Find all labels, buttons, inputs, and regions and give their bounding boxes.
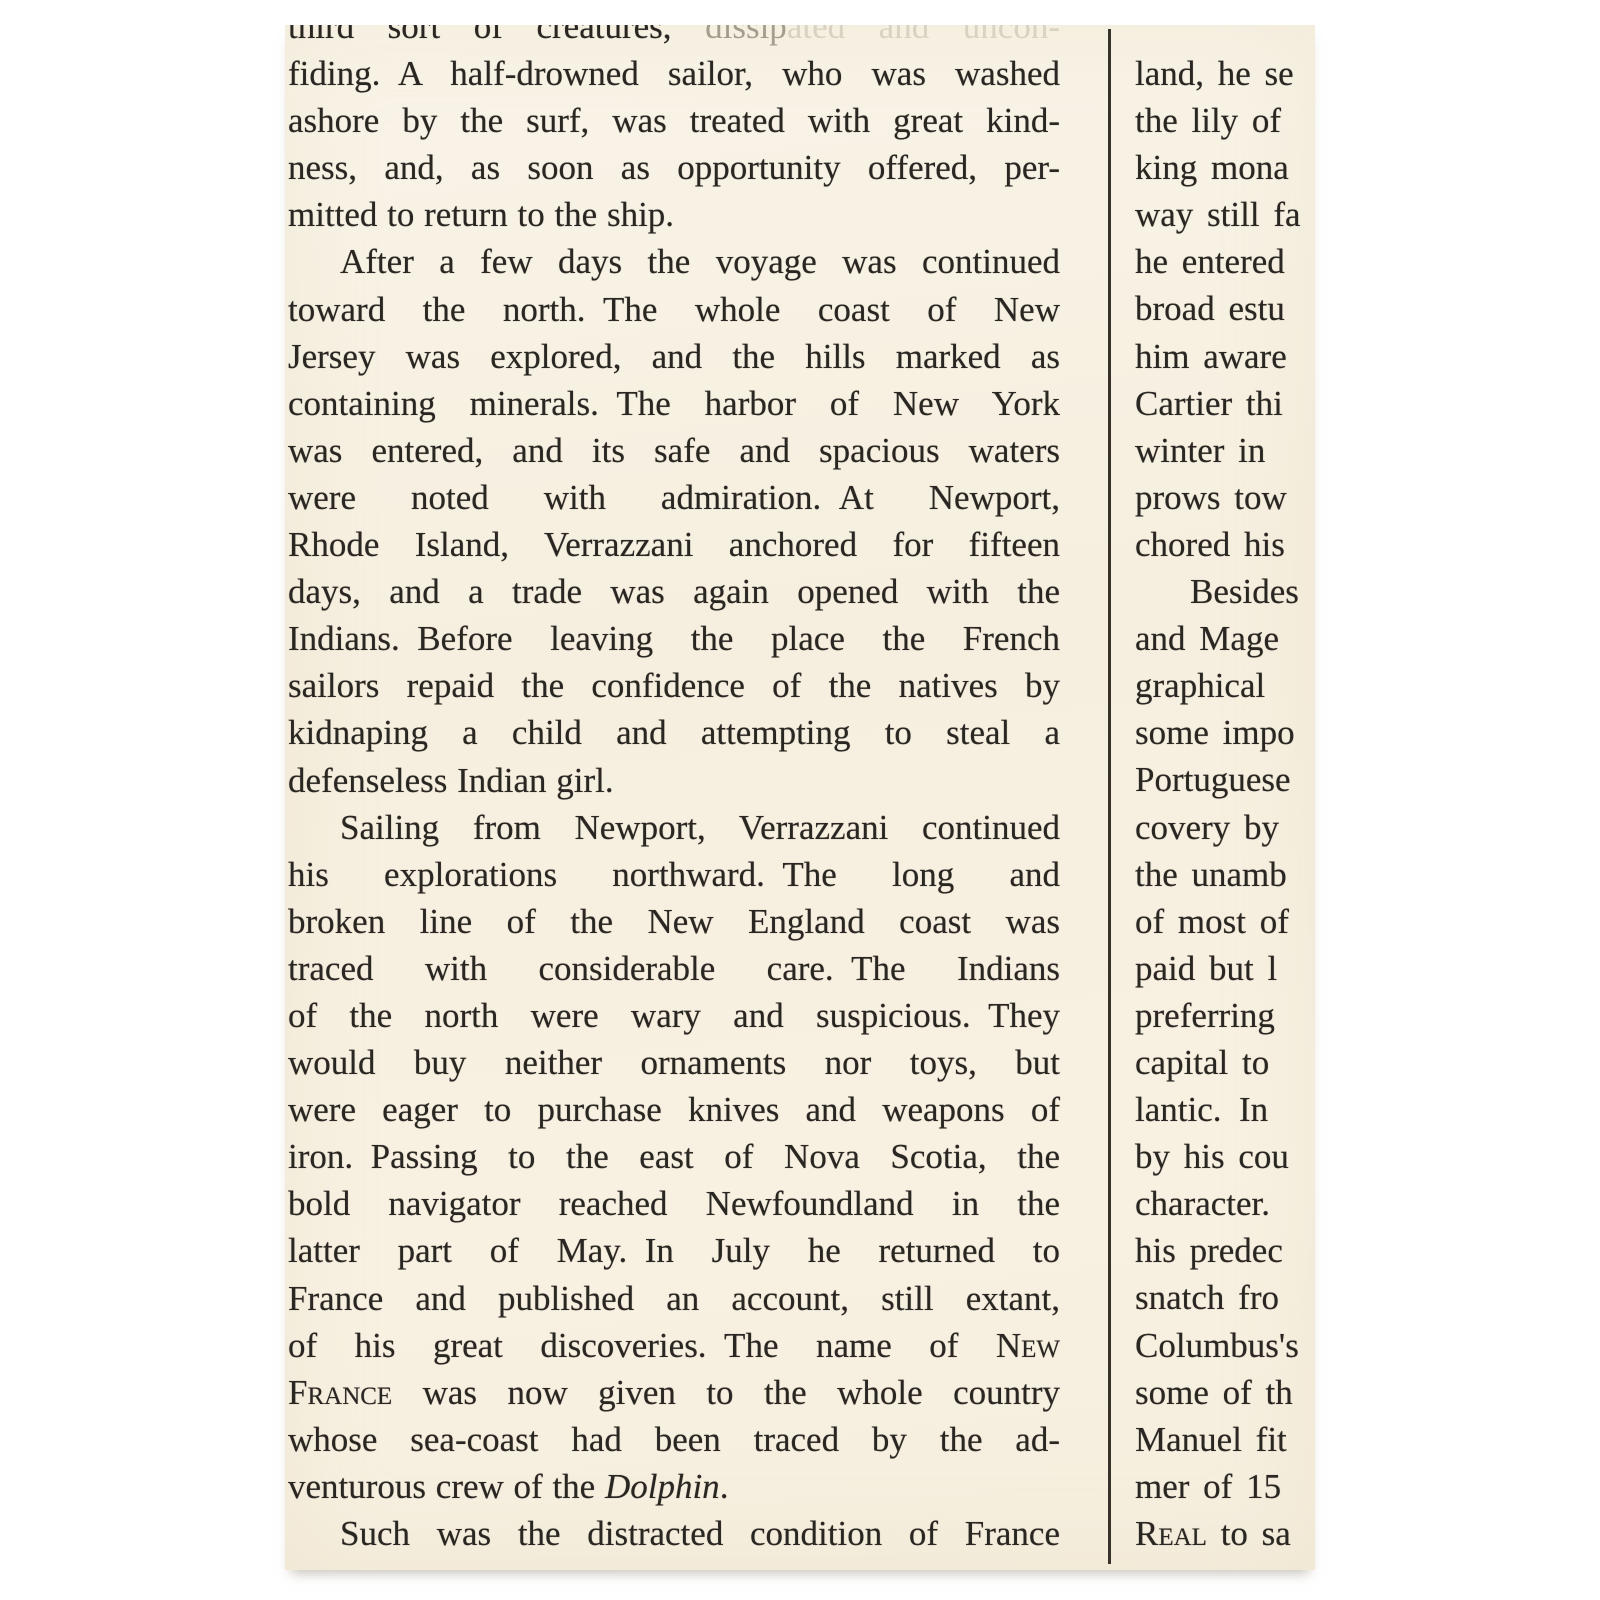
text-run: snatch fro [1135,1278,1279,1317]
text-line: toward the north. The whole coast of New [288,286,1060,333]
text-line: Jersey was explored, and the hills marke… [288,333,1060,380]
text-line: capital to [1135,1039,1315,1086]
text-run: some of th [1135,1373,1293,1412]
text-run: traced with considerable care. The India… [288,949,1060,988]
text-run: chored his [1135,525,1285,564]
text-line: Such was the distracted condition of Fra… [288,1510,1060,1557]
text-line: him aware [1135,333,1315,380]
text-run: third sort of creatures, [288,25,705,46]
text-line: whose sea-coast had been traced by the a… [288,1416,1060,1463]
text-line: paid but l [1135,945,1315,992]
text-run: prows tow [1135,478,1287,517]
text-line: graphical [1135,662,1315,709]
text-line: ashore by the surf, was treated with gre… [288,97,1060,144]
text-line: he entered [1135,238,1315,285]
text-run: king mona [1135,148,1289,187]
text-run: winter in [1135,431,1265,470]
text-run: ated and uncon- [787,25,1060,46]
text-line: prows tow [1135,474,1315,521]
text-line: broken line of the New England coast was [288,898,1060,945]
text-run: ness, and, as soon as opportunity offere… [288,148,1060,187]
text-line: venturous crew of the Dolphin. [288,1463,1060,1510]
scan-background: third sort of creatures, dissipated and … [0,0,1600,1600]
text-line: preferring [1135,992,1315,1039]
text-run: France and published an account, still e… [288,1279,1060,1318]
text-run: After a few days the voyage was continue… [340,242,1060,281]
text-run: lantic. In [1135,1090,1268,1129]
text-run: defenseless Indian girl. [288,761,614,800]
text-run: fiding. A half-drowned sailor, who was w… [288,54,1060,93]
text-run: toward the north. The whole coast of New [288,290,1060,329]
text-line: character. [1135,1180,1315,1227]
text-run: days, and a trade was again opened with … [288,572,1060,611]
text-run: . [720,1467,729,1506]
text-line: broad estu [1135,285,1315,332]
text-run: Real [1135,1514,1207,1553]
text-run: of the north were wary and suspicious. T… [288,996,1060,1035]
text-run: character. [1135,1184,1270,1223]
book-page-scan: third sort of creatures, dissipated and … [285,25,1315,1570]
text-run: Jersey was explored, and the hills marke… [288,337,1060,376]
text-run: Dolphin [605,1467,720,1506]
text-run: iron. Passing to the east of Nova Scotia… [288,1137,1060,1176]
text-run: would buy neither ornaments nor toys, bu… [288,1043,1060,1082]
text-run: of most of [1135,902,1289,941]
text-line: his explorations northward. The long and [288,851,1060,898]
text-run: New [996,1326,1060,1365]
text-run: France [288,1373,392,1412]
text-line: third sort of creatures, dissipated and … [288,25,1060,50]
text-line: sailors repaid the confidence of the nat… [288,662,1060,709]
text-run: Manuel fit [1135,1420,1287,1459]
text-line: traced with considerable care. The India… [288,945,1060,992]
text-line: some impo [1135,709,1315,756]
text-run: dissip [705,25,787,46]
text-run: Sailing from Newport, Verrazzani continu… [340,808,1060,847]
text-line: were eager to purchase knives and weapon… [288,1086,1060,1133]
text-line: way still fa [1135,191,1315,238]
text-run: graphical [1135,666,1265,705]
text-run: whose sea-coast had been traced by the a… [288,1420,1060,1459]
text-run: paid but l [1135,949,1277,988]
text-run: land, he se [1135,54,1294,93]
text-run: preferring [1135,996,1275,1035]
text-run: kidnaping a child and attempting to stea… [288,713,1060,752]
text-run: bold navigator reached Newfoundland in t… [288,1184,1060,1223]
text-run: were noted with admiration. At Newport, [288,478,1060,517]
text-line: France and published an account, still e… [288,1275,1060,1322]
text-run: Such was the distracted condition of Fra… [340,1514,1060,1553]
left-text-column: third sort of creatures, dissipated and … [288,25,1060,1557]
text-run: mitted to return to the ship. [288,195,674,234]
text-run: latter part of May. In July he returned … [288,1231,1060,1270]
text-line: snatch fro [1135,1274,1315,1321]
text-line: Rhode Island, Verrazzani anchored for fi… [288,521,1060,568]
text-run: by his cou [1135,1137,1289,1176]
text-run: ashore by the surf, was treated with gre… [288,101,1060,140]
text-line: ness, and, as soon as opportunity offere… [288,144,1060,191]
text-run: was entered, and its safe and spacious w… [288,431,1060,470]
text-run: venturous crew of the [288,1467,605,1506]
text-run: of his great discoveries. The name of [288,1326,996,1365]
text-line: king mona [1135,144,1315,191]
text-run: Portuguese [1135,760,1291,799]
text-line: bold navigator reached Newfoundland in t… [288,1180,1060,1227]
text-line: After a few days the voyage was continue… [288,238,1060,285]
text-run: Columbus's [1135,1326,1299,1365]
text-line: of most of [1135,898,1315,945]
text-line: kidnaping a child and attempting to stea… [288,709,1060,756]
text-line: Besides [1135,568,1315,615]
text-line: Manuel fit [1135,1416,1315,1463]
text-run: way still fa [1135,195,1301,234]
text-run: containing minerals. The harbor of New Y… [288,384,1060,423]
text-line: covery by [1135,804,1315,851]
text-line: the unamb [1135,851,1315,898]
text-run: and Mage [1135,619,1279,658]
text-line: his predec [1135,1227,1315,1274]
column-divider-rule [1108,29,1111,1564]
text-line: by his cou [1135,1133,1315,1180]
text-line: land, he se [1135,50,1315,97]
right-text-column: land, he sethe lily ofking monaway still… [1135,50,1315,1557]
text-run: his explorations northward. The long and [288,855,1060,894]
text-line: were noted with admiration. At Newport, [288,474,1060,521]
text-run: the unamb [1135,855,1287,894]
text-run: Indians. Before leaving the place the Fr… [288,619,1060,658]
text-run: some impo [1135,713,1295,752]
text-line: would buy neither ornaments nor toys, bu… [288,1039,1060,1086]
text-run: Besides [1190,572,1299,611]
text-line: the lily of [1135,97,1315,144]
text-line: was entered, and its safe and spacious w… [288,427,1060,474]
text-run: broad estu [1135,289,1285,328]
text-line: chored his [1135,521,1315,568]
text-run: sailors repaid the confidence of the nat… [288,666,1060,705]
text-line: latter part of May. In July he returned … [288,1227,1060,1274]
text-line: iron. Passing to the east of Nova Scotia… [288,1133,1060,1180]
text-line: some of th [1135,1369,1315,1416]
text-line: Portuguese [1135,756,1315,803]
text-line: of his great discoveries. The name of Ne… [288,1322,1060,1369]
text-run: capital to [1135,1043,1269,1082]
text-line: of the north were wary and suspicious. T… [288,992,1060,1039]
text-run: Rhode Island, Verrazzani anchored for fi… [288,525,1060,564]
text-line: defenseless Indian girl. [288,757,1060,804]
text-run: were eager to purchase knives and weapon… [288,1090,1060,1129]
text-line: winter in [1135,427,1315,474]
text-line: fiding. A half-drowned sailor, who was w… [288,50,1060,97]
text-line: containing minerals. The harbor of New Y… [288,380,1060,427]
text-run: Cartier thi [1135,384,1283,423]
text-line: Real to sa [1135,1510,1315,1557]
text-line: mitted to return to the ship. [288,191,1060,238]
text-line: France was now given to the whole countr… [288,1369,1060,1416]
text-line: mer of 15 [1135,1463,1315,1510]
text-line: Sailing from Newport, Verrazzani continu… [288,804,1060,851]
text-run: covery by [1135,808,1279,847]
text-run: the lily of [1135,101,1281,140]
text-run: him aware [1135,337,1287,376]
text-run: to sa [1207,1514,1291,1553]
text-line: lantic. In [1135,1086,1315,1133]
text-line: Columbus's [1135,1322,1315,1369]
text-line: Indians. Before leaving the place the Fr… [288,615,1060,662]
text-line: Cartier thi [1135,380,1315,427]
text-run: his predec [1135,1231,1283,1270]
text-line: and Mage [1135,615,1315,662]
text-run: broken line of the New England coast was [288,902,1060,941]
text-line: days, and a trade was again opened with … [288,568,1060,615]
text-run: he entered [1135,242,1285,281]
text-run: mer of 15 [1135,1467,1281,1506]
text-run: was now given to the whole country [392,1373,1060,1412]
